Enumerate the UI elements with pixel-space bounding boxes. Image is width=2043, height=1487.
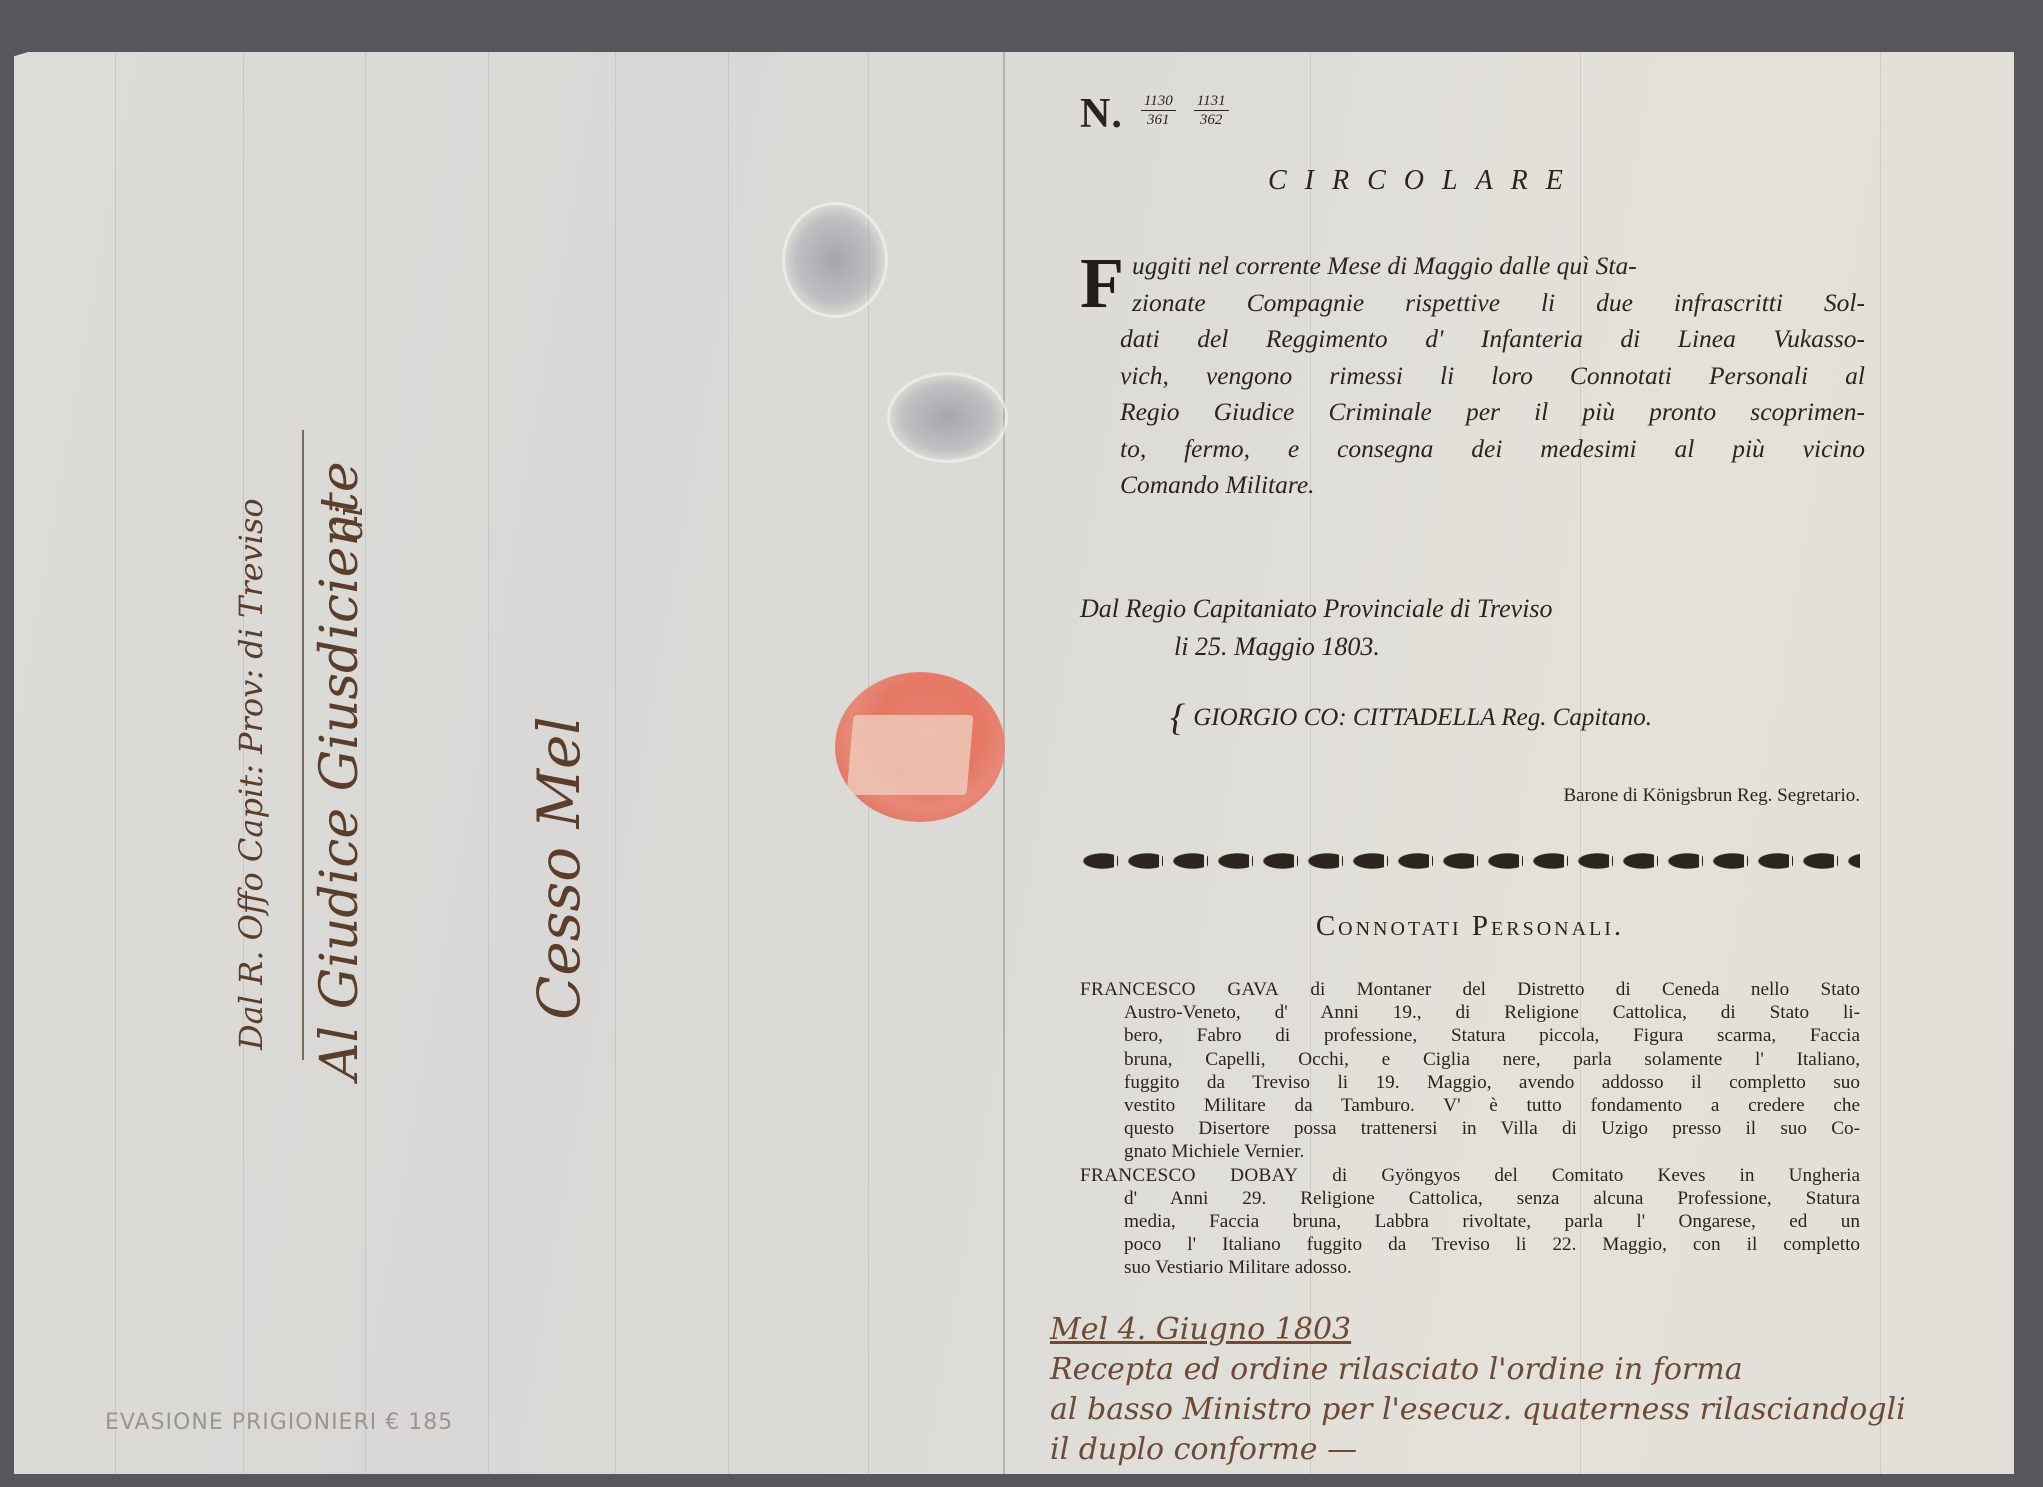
entry-line: d' Anni 29. Religione Cattolica, senza a…: [1080, 1187, 1860, 1210]
brace-glyph: {: [1170, 705, 1185, 731]
center-fold: [1003, 52, 1005, 1474]
intro-line: to, fermo, e consegna dei medesimi al pi…: [1080, 431, 1865, 468]
signer-name: GIORGIO CO: CITTADELLA Reg. Capitano.: [1193, 704, 1652, 732]
entry-line: poco l' Italiano fuggito da Treviso li 2…: [1080, 1233, 1860, 1256]
wax-seal-paper-fragment: [847, 715, 974, 795]
intro-line: dati del Reggimento d' Infanteria di Lin…: [1080, 321, 1865, 358]
address-line-place: Cesso Mel: [525, 716, 593, 1020]
document-number: N. 1130 361 1131 362: [1080, 90, 1229, 138]
intro-line: Regio Giudice Criminale per il più pront…: [1080, 394, 1865, 431]
deserter-name: FRANCESCO GAVA: [1080, 979, 1279, 1000]
note-line: Mel 4. Giugno 1803: [1050, 1310, 1906, 1350]
entry-line: vestito Militare da Tamburo. V' è tutto …: [1080, 1094, 1860, 1117]
number-fraction: 1130 361: [1141, 92, 1176, 129]
stain-mark: [890, 375, 1005, 460]
section-title: Connotati Personali.: [1080, 910, 1860, 943]
number-label: N.: [1080, 90, 1123, 138]
entry-line: Austro-Veneto, d' Anni 19., di Religione…: [1080, 1001, 1860, 1024]
document-title: CIRCOLARE: [1268, 165, 1581, 197]
deserter-list: FRANCESCO GAVA di Montaner del Distretto…: [1080, 978, 1860, 1280]
stain-mark: [785, 205, 885, 315]
paper-chain-line: [728, 52, 729, 1474]
deserter-entry: FRANCESCO DOBAY di Gyöngyos del Comitato…: [1080, 1164, 1860, 1280]
paper-chain-line: [115, 52, 116, 1474]
intro-line: Comando Militare.: [1080, 467, 1865, 504]
deserter-name: FRANCESCO DOBAY: [1080, 1165, 1298, 1186]
issue-date: li 25. Maggio 1803.: [1080, 628, 1553, 666]
secretary: Barone di Königsbrun Reg. Segretario.: [1563, 785, 1860, 807]
note-line: Recepta ed ordine rilasciato l'ordine in…: [1050, 1350, 1906, 1390]
deserter-entry: FRANCESCO GAVA di Montaner del Distretto…: [1080, 978, 1860, 1164]
entry-line: media, Faccia bruna, Labbra rivoltate, p…: [1080, 1210, 1860, 1233]
issuing-office: Dal Regio Capitaniato Provinciale di Tre…: [1080, 590, 1553, 666]
pencil-price-note: EVASIONE PRIGIONIERI € 185: [105, 1410, 453, 1435]
ornamental-divider: [1080, 850, 1860, 872]
paper-chain-line: [1880, 52, 1881, 1474]
intro-line: uggiti nel corrente Mese di Maggio dalle…: [1080, 248, 1865, 285]
entry-line: questo Disertore possa trattenersi in Vi…: [1080, 1117, 1860, 1140]
number-fraction: 1131 362: [1194, 92, 1229, 129]
drop-cap: F: [1080, 252, 1124, 314]
address-line-sender: Dal R. Offo Capit: Prov: di Treviso: [232, 498, 270, 1050]
address-underline: [302, 430, 304, 1060]
intro-paragraph: F uggiti nel corrente Mese di Maggio dal…: [1080, 248, 1865, 504]
intro-line: vich, vengono rimessi li loro Connotati …: [1080, 358, 1865, 395]
entry-line: bero, Fabro di professione, Statura picc…: [1080, 1024, 1860, 1047]
note-line: il duplo conforme —: [1050, 1430, 1906, 1470]
address-line-di: di: [330, 505, 371, 540]
origin-line: Dal Regio Capitaniato Provinciale di Tre…: [1080, 590, 1553, 628]
entry-line: gnato Michiele Vernier.: [1080, 1140, 1860, 1163]
paper-chain-line: [488, 52, 489, 1474]
signatory: { GIORGIO CO: CITTADELLA Reg. Capitano.: [1170, 704, 1652, 732]
note-line: al basso Ministro per l'esecuz. quaterne…: [1050, 1390, 1906, 1430]
entry-line: suo Vestiario Militare adosso.: [1080, 1256, 1860, 1279]
address-line-recipient: Al Giudice Giusdiciente: [310, 461, 370, 1080]
paper-chain-line: [615, 52, 616, 1474]
intro-line: zionate Compagnie rispettive li due infr…: [1080, 285, 1865, 322]
handwritten-receipt-note: Mel 4. Giugno 1803 Recepta ed ordine ril…: [1050, 1310, 1906, 1470]
entry-line: fuggito da Treviso li 19. Maggio, avendo…: [1080, 1071, 1860, 1094]
entry-line: bruna, Capelli, Occhi, e Ciglia nere, pa…: [1080, 1048, 1860, 1071]
